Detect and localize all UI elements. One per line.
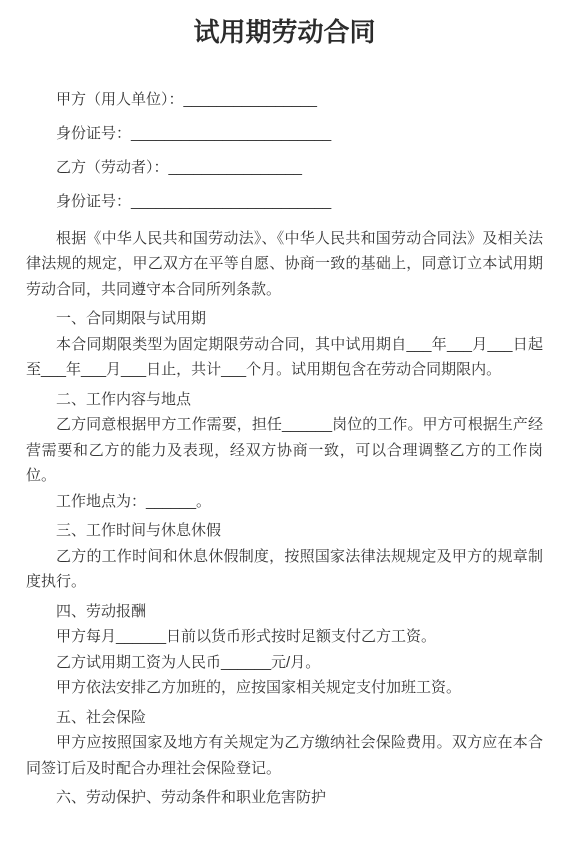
- party-a-field: 甲方（用人单位）：________________: [26, 90, 543, 110]
- section-1-paragraph-1: 本合同期限类型为固定期限劳动合同，其中试用期自___年___月___日起至___…: [26, 332, 543, 383]
- section-social-insurance: 五、社会保险 甲方应按照国家及地方有关规定为乙方缴纳社会保险费用。双方应在本合同…: [26, 705, 543, 782]
- section-2-paragraph-2: 工作地点为：______。: [26, 489, 543, 515]
- party-a-id-field: 身份证号：________________________: [26, 124, 543, 144]
- section-job-content: 二、工作内容与地点 乙方同意根据甲方工作需要，担任______岗位的工作。甲方可…: [26, 387, 543, 515]
- section-remuneration: 四、劳动报酬 甲方每月______日前以货币形式按时足额支付乙方工资。 乙方试用…: [26, 599, 543, 701]
- section-3-heading: 三、工作时间与休息休假: [26, 518, 543, 544]
- section-1-heading: 一、合同期限与试用期: [26, 306, 543, 332]
- party-b-id-label: 身份证号：: [56, 193, 131, 210]
- party-a-label: 甲方（用人单位）：: [56, 91, 184, 108]
- section-5-paragraph-1: 甲方应按照国家及地方有关规定为乙方缴纳社会保险费用。双方应在本合同签订后及时配合…: [26, 730, 543, 781]
- page-title: 试用期劳动合同: [26, 14, 543, 52]
- section-contract-term: 一、合同期限与试用期 本合同期限类型为固定期限劳动合同，其中试用期自___年__…: [26, 306, 543, 383]
- party-a-blank-line: ________________: [184, 91, 317, 108]
- section-2-paragraph-1: 乙方同意根据甲方工作需要，担任______岗位的工作。甲方可根据生产经营需要和乙…: [26, 412, 543, 489]
- contract-document: 试用期劳动合同 甲方（用人单位）：________________ 身份证号：_…: [0, 0, 569, 841]
- section-working-hours: 三、工作时间与休息休假 乙方的工作时间和休息休假制度，按照国家法律法规规定及甲方…: [26, 518, 543, 595]
- party-a-id-label: 身份证号：: [56, 125, 131, 142]
- party-b-id-field: 身份证号：________________________: [26, 192, 543, 212]
- section-3-paragraph-1: 乙方的工作时间和休息休假制度，按照国家法律法规规定及甲方的规章制度执行。: [26, 544, 543, 595]
- party-a-id-blank-line: ________________________: [131, 125, 331, 142]
- party-info-fields: 甲方（用人单位）：________________ 身份证号：_________…: [26, 90, 543, 212]
- section-4-paragraph-1: 甲方每月______日前以货币形式按时足额支付乙方工资。: [26, 624, 543, 650]
- section-labor-protection: 六、劳动保护、劳动条件和职业危害防护: [26, 785, 543, 811]
- party-b-field: 乙方（劳动者）：________________: [26, 158, 543, 178]
- section-6-heading: 六、劳动保护、劳动条件和职业危害防护: [26, 785, 543, 811]
- party-b-label: 乙方（劳动者）：: [56, 159, 169, 176]
- intro-paragraph: 根据《中华人民共和国劳动法》、《中华人民共和国劳动合同法》及相关法律法规的规定，…: [26, 226, 543, 303]
- section-4-paragraph-3: 甲方依法安排乙方加班的，应按国家相关规定支付加班工资。: [26, 675, 543, 701]
- section-4-paragraph-2: 乙方试用期工资为人民币______元/月。: [26, 650, 543, 676]
- party-b-id-blank-line: ________________________: [131, 193, 331, 210]
- section-2-heading: 二、工作内容与地点: [26, 387, 543, 413]
- section-5-heading: 五、社会保险: [26, 705, 543, 731]
- section-4-heading: 四、劳动报酬: [26, 599, 543, 625]
- party-b-blank-line: ________________: [169, 159, 302, 176]
